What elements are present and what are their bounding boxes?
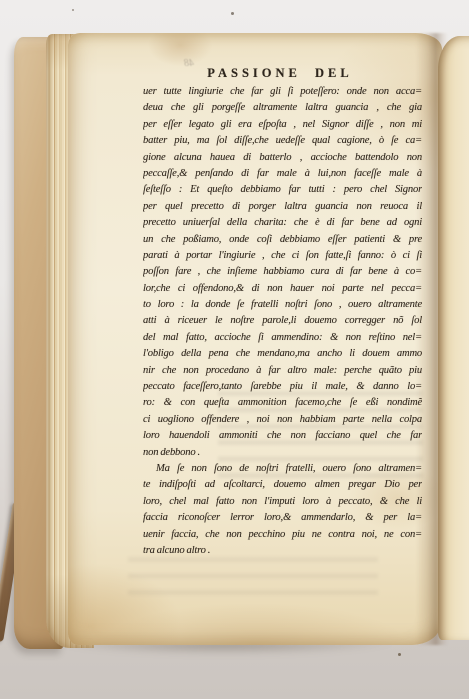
text-line: ci uogliono offendere , noi non habbiam … bbox=[143, 412, 422, 428]
text-line: Ma ſe non ſono de noſtri fratelli, ouero… bbox=[143, 461, 422, 477]
text-line: uenir faccia, che non pecchino piu ne co… bbox=[143, 527, 422, 543]
text-line: peccaſſe,& penſando di far male à lui,no… bbox=[143, 166, 422, 182]
text-line: atti à riceuer le noſtre parole,li douem… bbox=[143, 313, 422, 329]
background-speck bbox=[231, 12, 234, 15]
text-line: uer tutte lingiurie che far gli ſi poteſ… bbox=[143, 84, 422, 100]
text-line: per eſſer legato gli era eſpoſta , nel S… bbox=[143, 117, 422, 133]
photo-background: 48 PASSIONE DEL uer tutte lingiurie che … bbox=[0, 0, 469, 699]
text-line: nir che non procedano à far altro male: … bbox=[143, 363, 422, 379]
text-block: uer tutte lingiurie che far gli ſi poteſ… bbox=[143, 84, 422, 559]
text-line: loro hauendoli ammoniti che non facciano… bbox=[143, 428, 422, 444]
book-page: 48 PASSIONE DEL uer tutte lingiurie che … bbox=[68, 33, 442, 645]
text-line: te indiſpoſti ad aſcoltarci, douemo alme… bbox=[143, 477, 422, 493]
text-line: gione alcuna hauea di batterlo , accioch… bbox=[143, 150, 422, 166]
text-line: poſſon fare , che inſieme habbiamo cura … bbox=[143, 264, 422, 280]
text-line: to loro : la donde ſe fratelli noſtri ſo… bbox=[143, 297, 422, 313]
text-line: per quel precetto di porger laltra guanc… bbox=[143, 199, 422, 215]
text-line: parati à portar l'ingiurie , che ci ſon … bbox=[143, 248, 422, 264]
text-line: ſeſteſſo : Et queſto debbiamo far tutti … bbox=[143, 182, 422, 198]
show-through-text bbox=[128, 557, 378, 595]
text-line: del mal fatto, accioche ſi ammendino: & … bbox=[143, 330, 422, 346]
text-line: loro, chel mal fatto non l'imputi loro à… bbox=[143, 494, 422, 510]
text-line: un che poßiamo, onde coſi debbiamo eſſer… bbox=[143, 232, 422, 248]
running-header: PASSIONE DEL bbox=[138, 66, 422, 81]
text-line: l'obligo della pena che mendano,ma ancho… bbox=[143, 346, 422, 362]
text-line: peccato faceſſero,tanto ſarebbe piu il m… bbox=[143, 379, 422, 395]
text-line: batter piu, ma ſol diſſe,che uedeſſe qua… bbox=[143, 133, 422, 149]
text-line: tra alcuno altro . bbox=[143, 543, 422, 559]
text-line: precetto uniuerſal della charita: che è … bbox=[143, 215, 422, 231]
text-line: deua che gli porgeſſe altramente laltra … bbox=[143, 100, 422, 116]
text-line: faccia riconoſcer lerror loro,& ammendar… bbox=[143, 510, 422, 526]
facing-page bbox=[438, 36, 469, 640]
text-line: lor,che ci offendono,& di non hauer noi … bbox=[143, 281, 422, 297]
book: 48 PASSIONE DEL uer tutte lingiurie che … bbox=[12, 33, 459, 651]
text-line: non debbono . bbox=[143, 445, 422, 461]
background-speck bbox=[72, 9, 74, 11]
text-line: ro: & con queſta ammonition facemo,che ſ… bbox=[143, 395, 422, 411]
